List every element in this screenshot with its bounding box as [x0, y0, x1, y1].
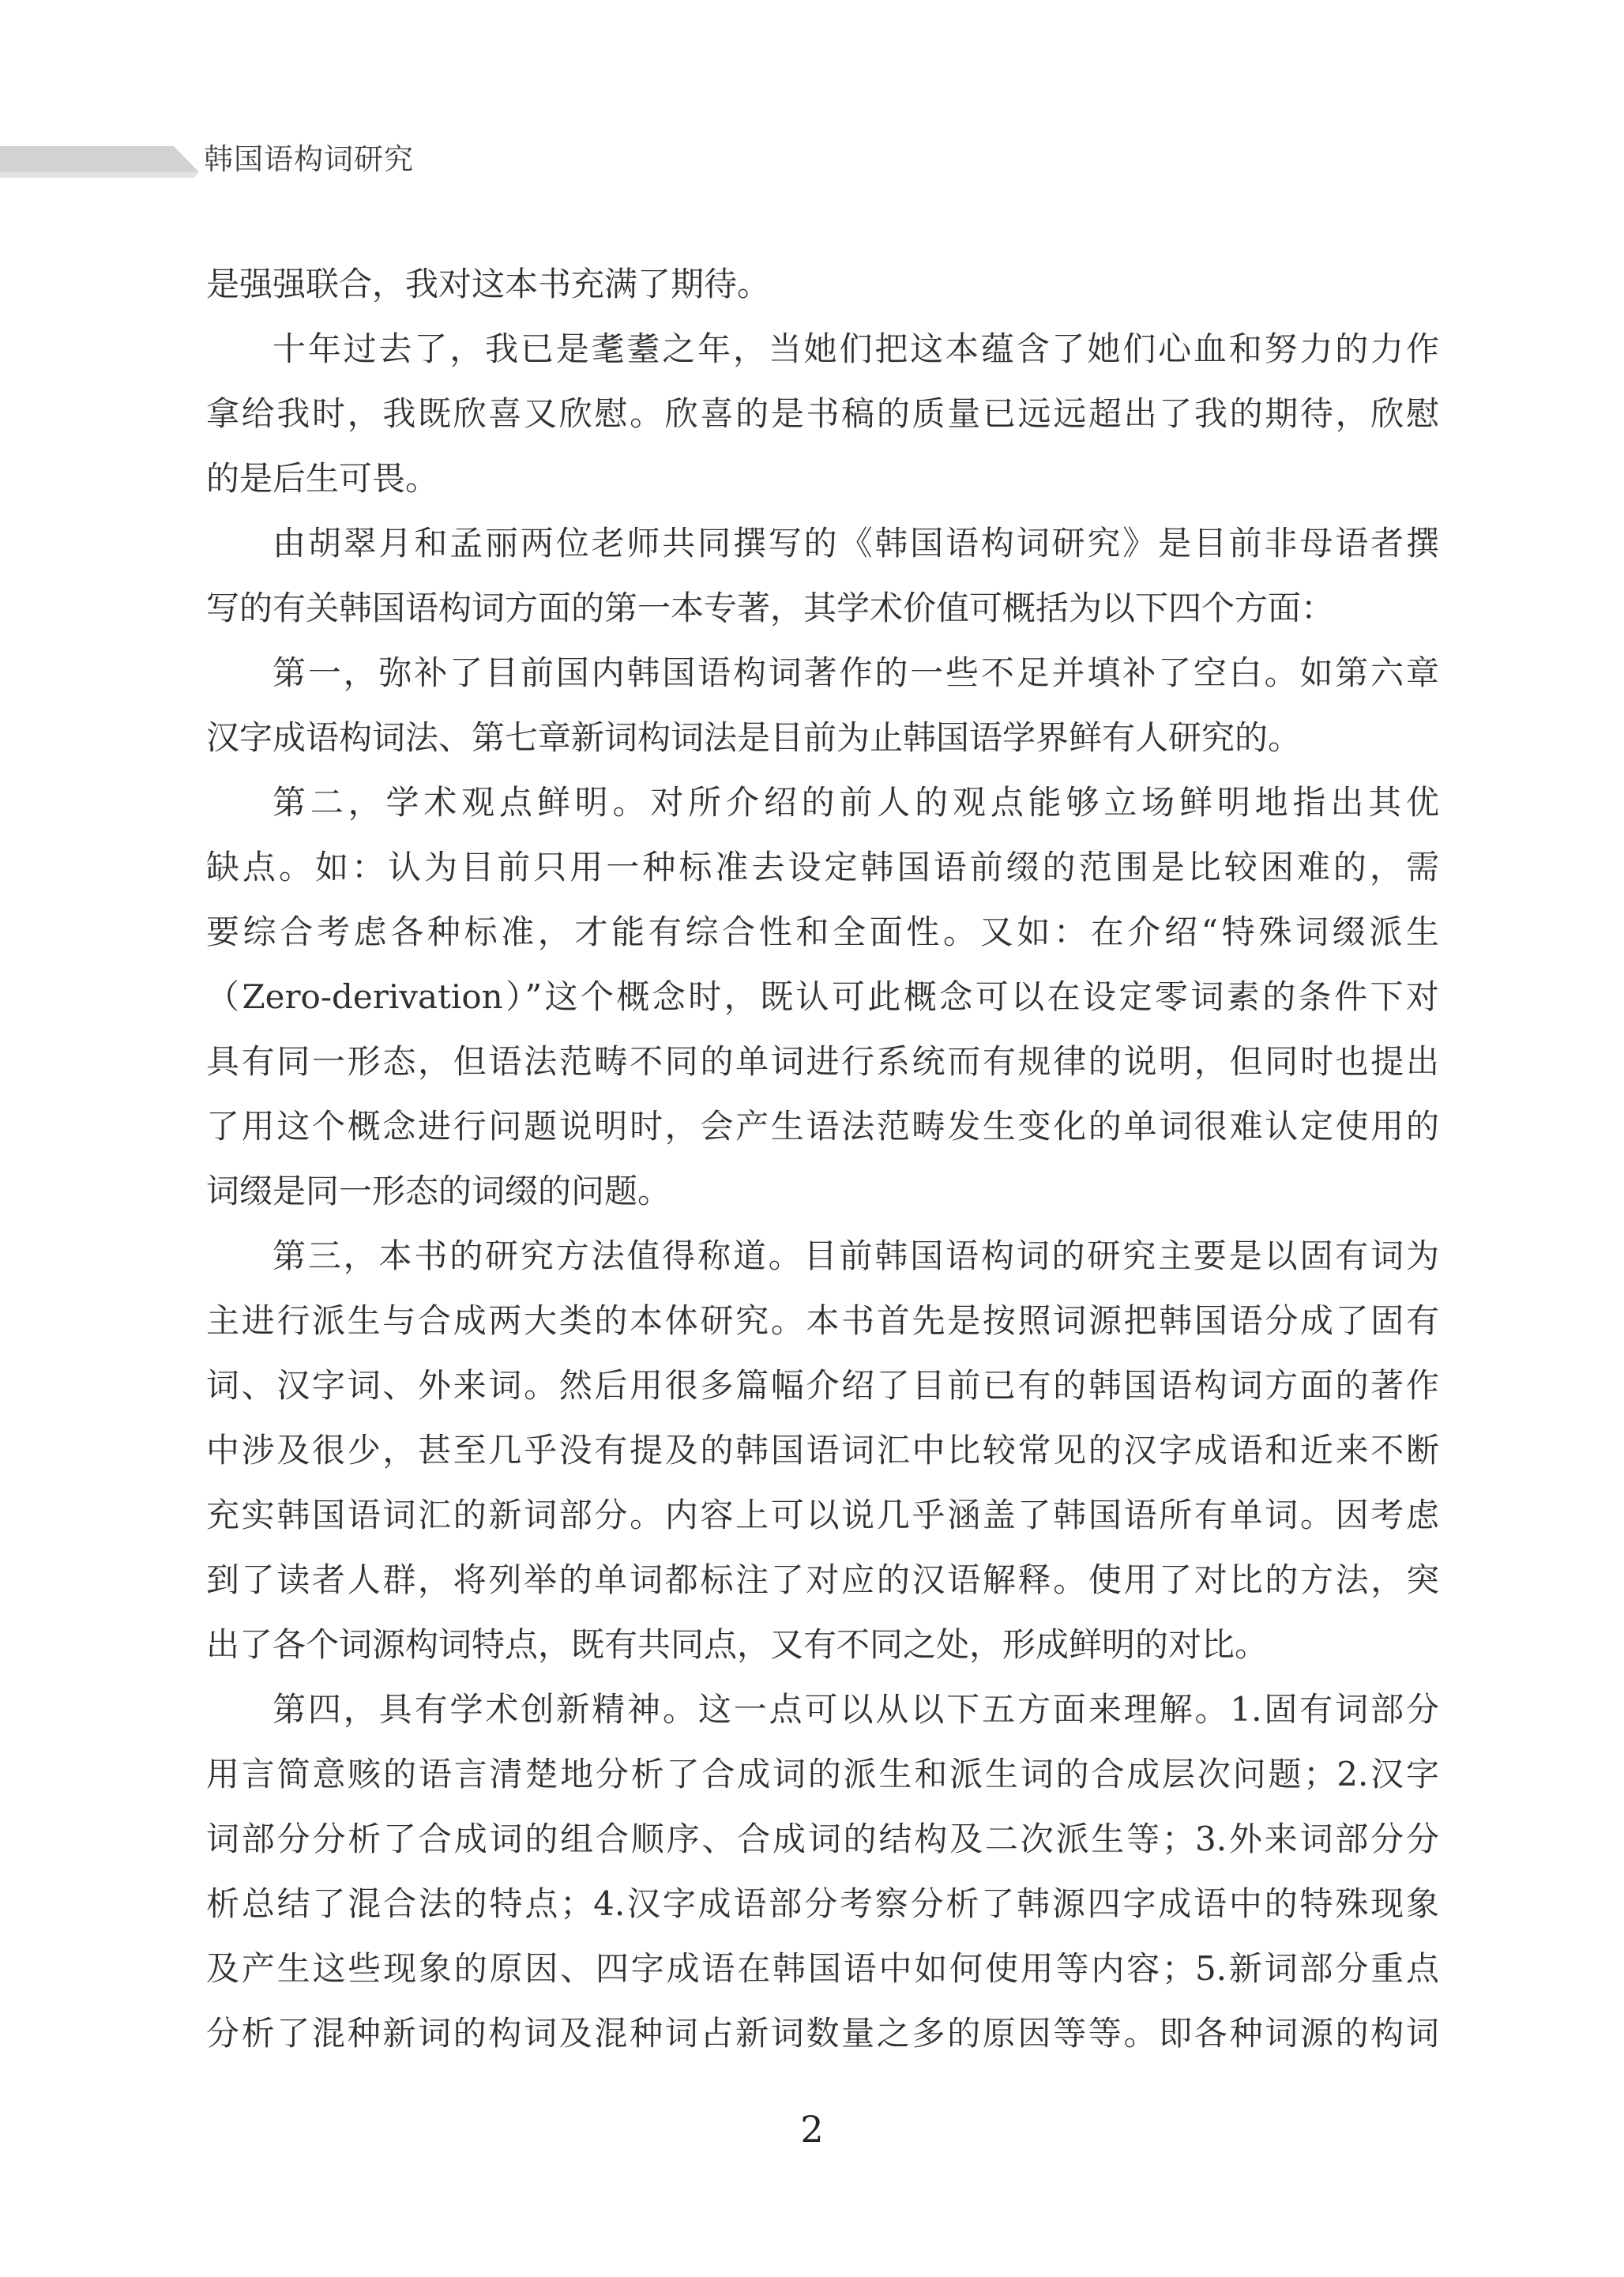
body-line: 词缀是同一形态的词缀的问题。 — [206, 1159, 1439, 1224]
body-line: 到了读者人群，将列举的单词都标注了对应的汉语解释。使用了对比的方法，突 — [206, 1548, 1439, 1613]
body-line: 词部分分析了合成词的组合顺序、合成词的结构及二次派生等；3.外来词部分分 — [206, 1807, 1439, 1872]
body-line: 及产生这些现象的原因、四字成语在韩国语中如何使用等内容；5.新词部分重点 — [206, 1936, 1439, 2001]
body-line: 第四，具有学术创新精神。这一点可以从以下五方面来理解。1.固有词部分 — [206, 1677, 1439, 1742]
page-number: 2 — [0, 2108, 1624, 2151]
body-line: 由胡翠月和孟丽两位老师共同撰写的《韩国语构词研究》是目前非母语者撰 — [206, 511, 1439, 576]
body-line: 用言简意赅的语言清楚地分析了合成词的派生和派生词的合成层次问题；2.汉字 — [206, 1742, 1439, 1807]
scanned-book-page: 韩国语构词研究 是强强联合，我对这本书充满了期待。 十年过去了，我已是耄耋之年，… — [0, 0, 1624, 2277]
header-ribbon-shadow — [0, 172, 199, 178]
body-line: 第三，本书的研究方法值得称道。目前韩国语构词的研究主要是以固有词为 — [206, 1224, 1439, 1289]
body-line: 主进行派生与合成两大类的本体研究。本书首先是按照词源把韩国语分成了固有 — [206, 1289, 1439, 1353]
body-line: 缺点。如：认为目前只用一种标准去设定韩国语前缀的范围是比较困难的，需 — [206, 835, 1439, 900]
body-line: 中涉及很少，甚至几乎没有提及的韩国语词汇中比较常见的汉字成语和近来不断 — [206, 1418, 1439, 1483]
body-line: 了用这个概念进行问题说明时，会产生语法范畴发生变化的单词很难认定使用的 — [206, 1094, 1439, 1159]
body-line: 拿给我时，我既欣喜又欣慰。欣喜的是书稿的质量已远远超出了我的期待，欣慰 — [206, 382, 1439, 446]
body-line: 词、汉字词、外来词。然后用很多篇幅介绍了目前已有的韩国语构词方面的著作 — [206, 1353, 1439, 1418]
body-line: 要综合考虑各种标准，才能有综合性和全面性。又如：在介绍“特殊词缀派生 — [206, 900, 1439, 965]
body-line: （Zero-derivation）”这个概念时，既认可此概念可以在设定零词素的条… — [206, 965, 1439, 1029]
body-line: 的是后生可畏。 — [206, 446, 1439, 511]
body-line: 出了各个词源构词特点，既有共同点，又有不同之处，形成鲜明的对比。 — [206, 1613, 1439, 1677]
body-line: 第二，学术观点鲜明。对所介绍的前人的观点能够立场鲜明地指出其优 — [206, 770, 1439, 835]
running-header-title: 韩国语构词研究 — [204, 144, 414, 175]
body-line: 析总结了混合法的特点；4.汉字成语部分考察分析了韩源四字成语中的特殊现象 — [206, 1872, 1439, 1936]
body-text: 是强强联合，我对这本书充满了期待。 十年过去了，我已是耄耋之年，当她们把这本蕴含… — [206, 252, 1439, 2066]
body-line: 十年过去了，我已是耄耋之年，当她们把这本蕴含了她们心血和努力的力作 — [206, 317, 1439, 382]
body-line: 具有同一形态，但语法范畴不同的单词进行系统而有规律的说明，但同时也提出 — [206, 1029, 1439, 1094]
body-line: 写的有关韩国语构词方面的第一本专著，其学术价值可概括为以下四个方面： — [206, 576, 1439, 641]
body-line: 充实韩国语词汇的新词部分。内容上可以说几乎涵盖了韩国语所有单词。因考虑 — [206, 1483, 1439, 1548]
body-line: 是强强联合，我对这本书充满了期待。 — [206, 252, 1439, 317]
body-line: 第一，弥补了目前国内韩国语构词著作的一些不足并填补了空白。如第六章 — [206, 641, 1439, 706]
body-line: 汉字成语构词法、第七章新词构词法是目前为止韩国语学界鲜有人研究的。 — [206, 706, 1439, 770]
header-ribbon — [0, 146, 199, 172]
body-line: 分析了混种新词的构词及混种词占新词数量之多的原因等等。即各种词源的构词 — [206, 2001, 1439, 2066]
